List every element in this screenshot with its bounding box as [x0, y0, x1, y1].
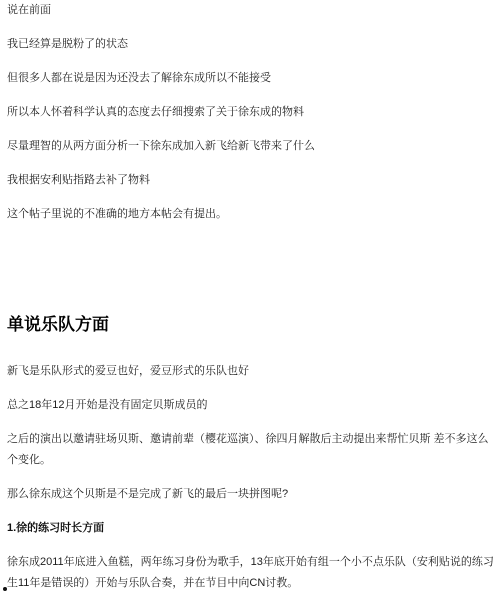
section-paragraph: 新飞是乐队形式的爱豆也好，爱豆形式的乐队也好	[7, 361, 497, 382]
intro-paragraph: 我根据安利贴指路去补了物料	[7, 170, 497, 191]
section-heading: 单说乐队方面	[7, 312, 497, 338]
intro-paragraph: 但很多人都在说是因为还没去了解徐东成所以不能接受	[7, 68, 497, 89]
sub-heading: 1.徐的练习时长方面	[7, 518, 497, 539]
section-paragraph: 那么徐东成这个贝斯是不是完成了新飞的最后一块拼图呢?	[7, 484, 497, 505]
truncated-bullet-dot	[3, 587, 7, 591]
section-paragraph: 之后的演出以邀请驻场贝斯、邀请前辈（樱花巡演）、徐四月解散后主动提出来帮忙贝斯 …	[7, 429, 497, 471]
intro-paragraph: 所以本人怀着科学认真的态度去仔细搜索了关于徐东成的物料	[7, 102, 497, 123]
intro-paragraph: 我已经算是脱粉了的状态	[7, 34, 497, 55]
intro-paragraph: 这个帖子里说的不准确的地方本帖会有提出。	[7, 204, 497, 225]
section-paragraph: 总之18年12月开始是没有固定贝斯成员的	[7, 395, 497, 416]
detail-paragraph: 徐东成2011年底进入鱼糕，两年练习身份为歌手，13年底开始有组一个小不点乐队（…	[7, 552, 497, 594]
document-body: 说在前面 我已经算是脱粉了的状态 但很多人都在说是因为还没去了解徐东成所以不能接…	[0, 0, 500, 595]
intro-paragraph: 说在前面	[7, 0, 497, 21]
intro-paragraph: 尽量理智的从两方面分析一下徐东成加入新飞给新飞带来了什么	[7, 136, 497, 157]
